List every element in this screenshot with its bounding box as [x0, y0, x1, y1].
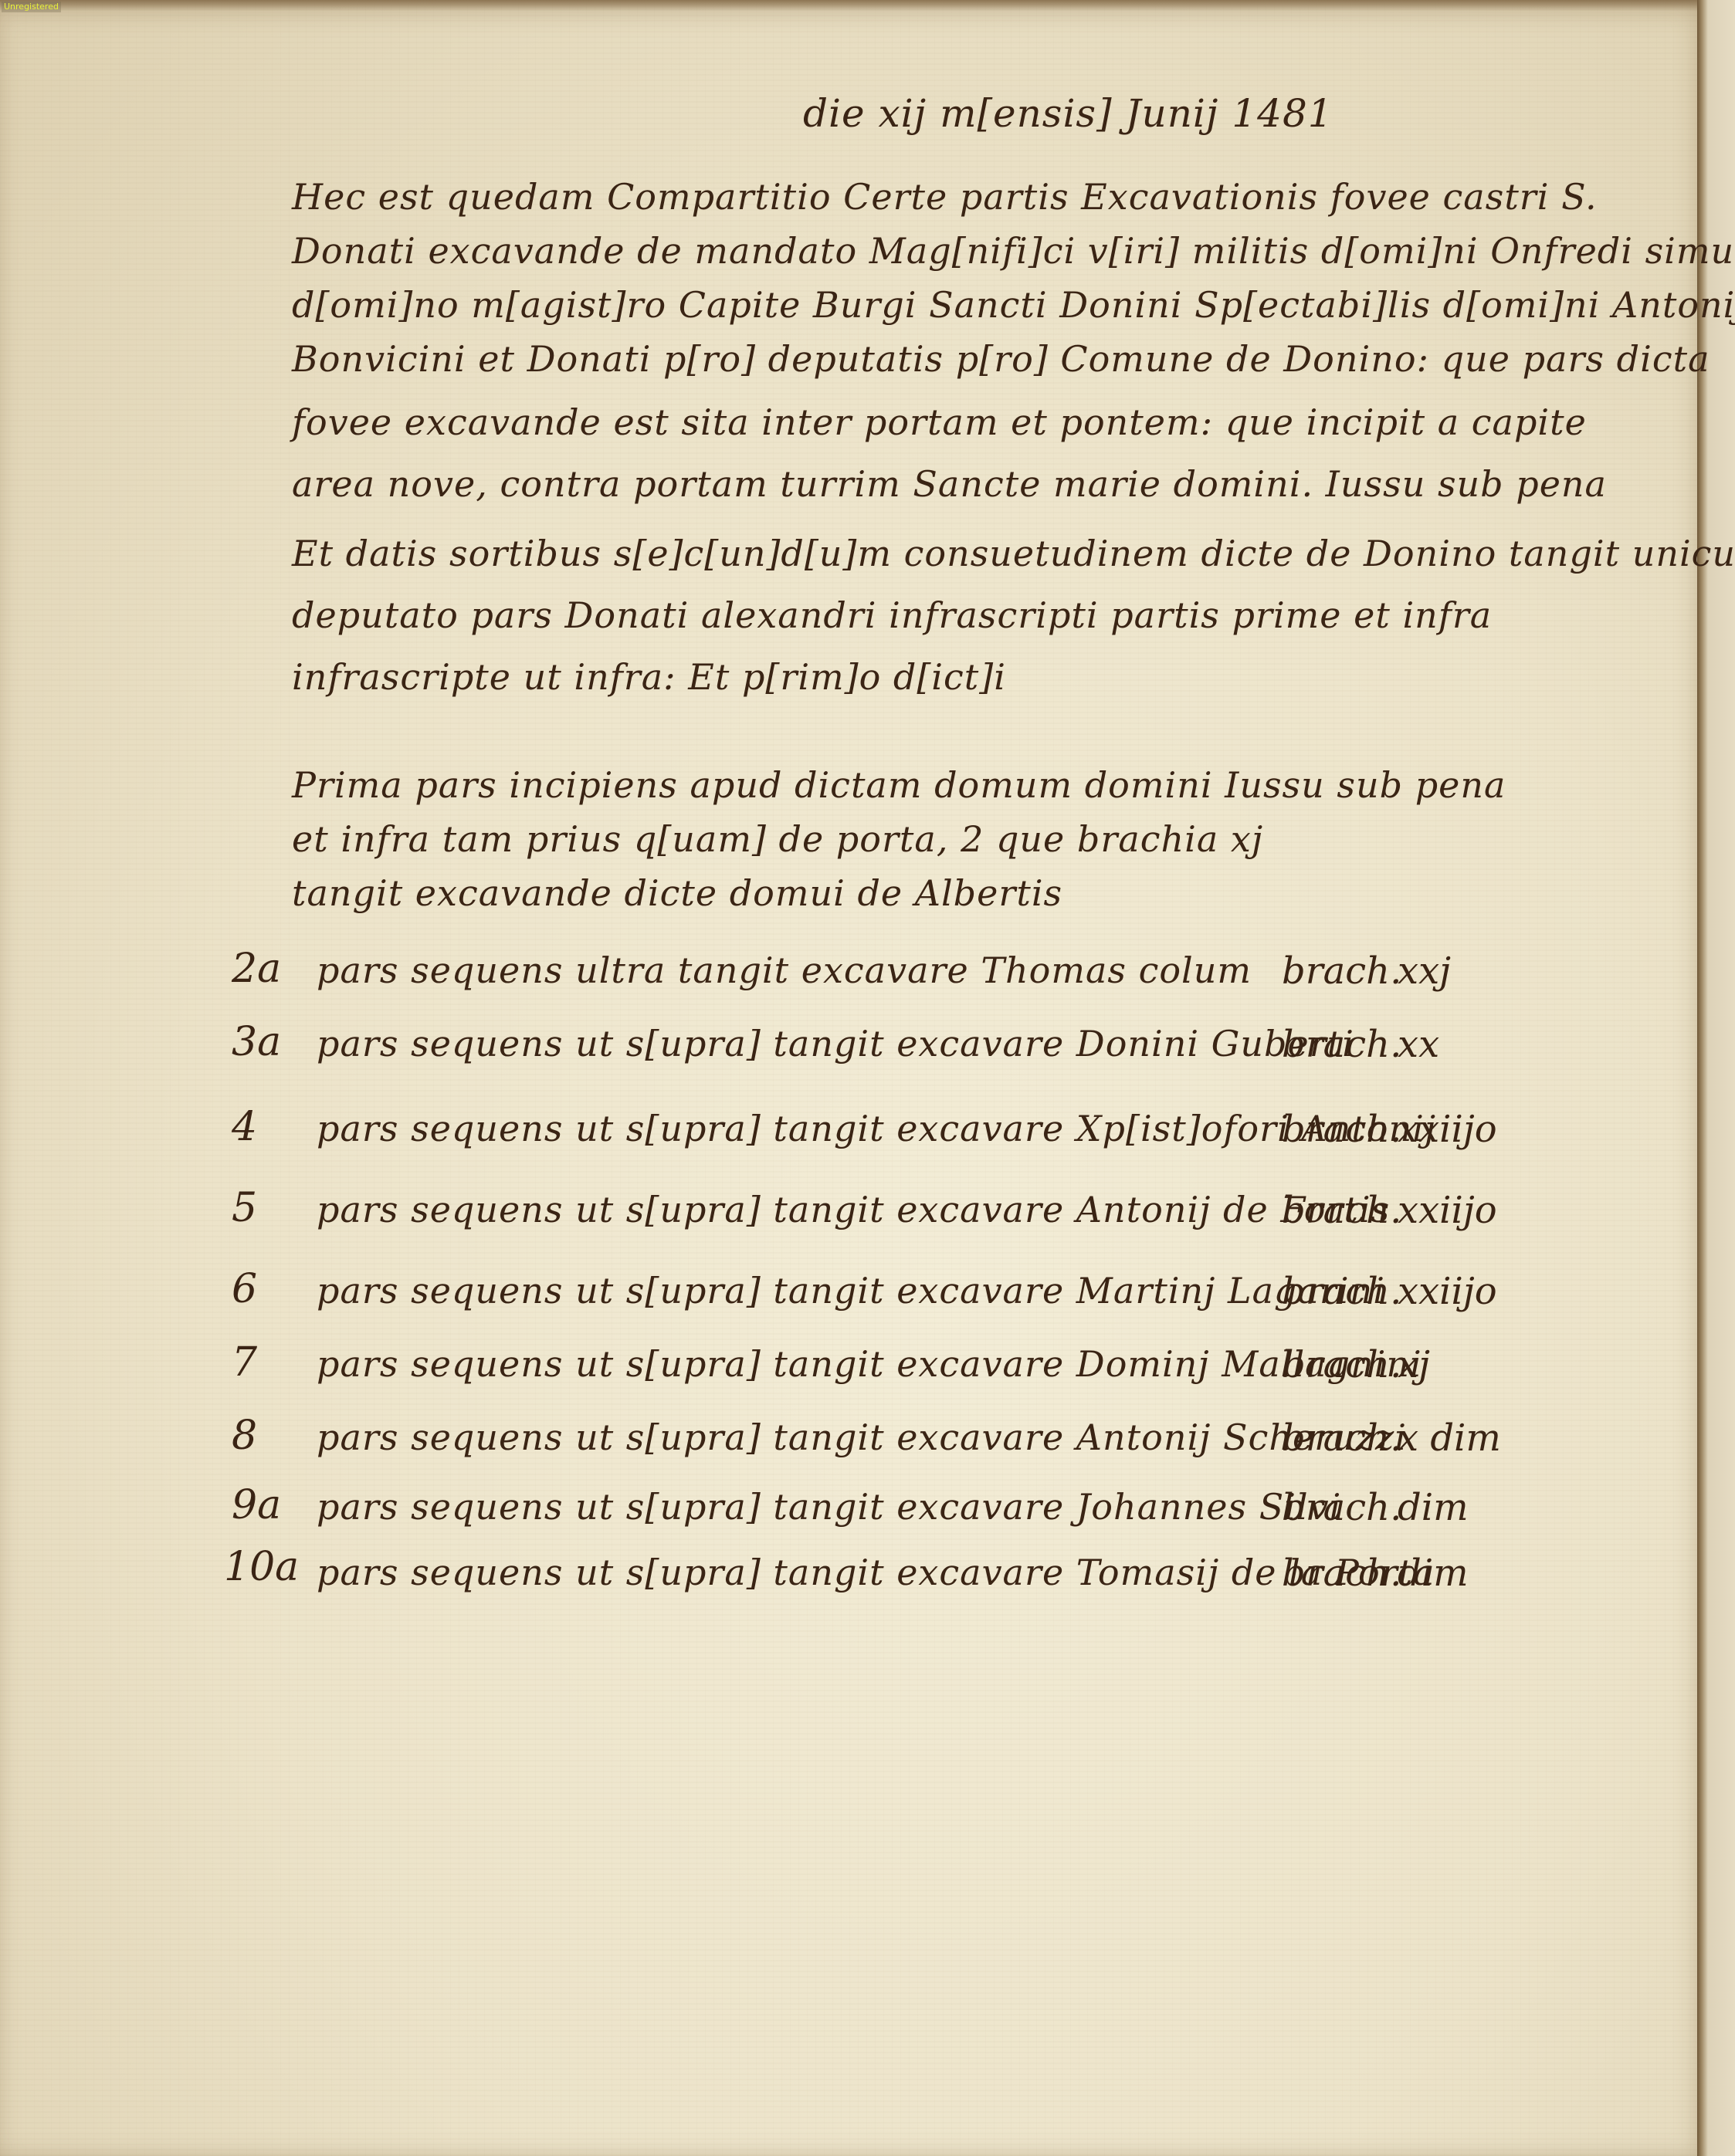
first-part-line-3: tangit excavande dicte domui de Albertis [292, 872, 1062, 914]
part-unit: brach. [1282, 1343, 1401, 1386]
part-ordinal: 3a [232, 1019, 281, 1065]
part-unit: brach. [1282, 1552, 1401, 1595]
preamble-line-4: Bonvicini et Donati p[ro] deputatis p[ro… [292, 338, 1710, 380]
part-text: pars sequens ut s[upra] tangit excavare … [317, 1270, 1385, 1312]
part-text: pars sequens ut s[upra] tangit excavare … [317, 1189, 1390, 1230]
part-amount: x dim [1398, 1416, 1501, 1460]
preamble-line-5: fovee excavande est sita inter portam et… [292, 401, 1587, 443]
preamble-line-9: infrascripte ut infra: Et p[rim]o d[ict]… [292, 656, 1006, 698]
preamble-line-1: Hec est quedam Compartitio Certe partis … [292, 176, 1598, 218]
part-text: pars sequens ut s[upra] tangit excavare … [317, 1416, 1407, 1458]
part-ordinal: 5 [232, 1185, 257, 1231]
part-amount: xx [1398, 1023, 1439, 1066]
part-unit: brach. [1282, 1189, 1401, 1232]
part-text: pars sequens ut s[upra] tangit excavare … [317, 1486, 1341, 1528]
part-text: pars sequens ut s[upra] tangit excavare … [317, 1023, 1354, 1064]
part-amount: dim [1398, 1486, 1469, 1529]
part-amount: xj [1398, 1343, 1430, 1386]
preamble-line-6: area nove, contra portam turrim Sancte m… [292, 463, 1607, 505]
unregistered-watermark: Unregistered [2, 2, 61, 12]
part-ordinal: 7 [232, 1339, 257, 1386]
page-top-edge [0, 0, 1710, 11]
part-ordinal: 6 [232, 1266, 257, 1312]
part-amount: xxj [1398, 949, 1451, 993]
part-text: pars sequens ultra tangit excavare Thoma… [317, 949, 1252, 991]
part-unit: brach. [1282, 1486, 1401, 1529]
part-unit: brach. [1282, 1270, 1401, 1313]
part-amount: xxiijo [1398, 1270, 1497, 1313]
part-text: pars sequens ut s[upra] tangit excavare … [317, 1108, 1436, 1149]
part-text: pars sequens ut s[upra] tangit excavare … [317, 1343, 1422, 1385]
part-ordinal: 8 [232, 1413, 257, 1459]
preamble-line-2: Donati excavande de mandato Mag[nifi]ci … [292, 230, 1735, 272]
part-text: pars sequens ut s[upra] tangit excavare … [317, 1552, 1435, 1593]
preamble-line-8: deputato pars Donati alexandri infrascri… [292, 594, 1492, 636]
part-unit: brach. [1282, 1416, 1401, 1460]
part-ordinal: 2a [232, 946, 281, 992]
part-amount: xxiijo [1398, 1108, 1497, 1151]
preamble-line-3: d[omi]no m[agist]ro Capite Burgi Sancti … [292, 284, 1735, 326]
part-amount: xxiijo [1398, 1189, 1497, 1232]
part-unit: brach. [1282, 1108, 1401, 1151]
first-part-line-1: Prima pars incipiens apud dictam domum d… [292, 764, 1506, 806]
first-part-line-2: et infra tam prius q[uam] de porta, 2 qu… [292, 818, 1263, 860]
part-ordinal: 9a [232, 1482, 281, 1528]
part-ordinal: 10a [224, 1544, 299, 1590]
part-unit: brach. [1282, 949, 1401, 993]
part-amount: dim [1398, 1552, 1469, 1595]
preamble-line-7: Et datis sortibus s[e]c[un]d[u]m consuet… [292, 533, 1735, 574]
part-ordinal: 4 [232, 1104, 257, 1150]
part-unit: brach. [1282, 1023, 1401, 1066]
date-heading: die xij m[ensis] Junij 1481 [803, 91, 1333, 136]
